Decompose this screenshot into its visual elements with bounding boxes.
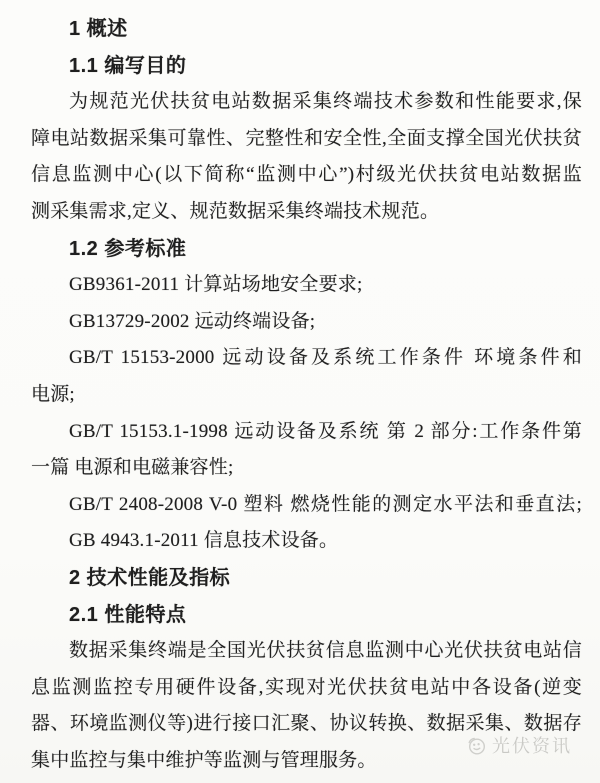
text-line: GB/T 15153-2000 远动设备及系统工作条件 环境条件和 <box>31 340 582 377</box>
document-body: 1 概述1.1 编写目的为规范光伏扶贫电站数据采集终端技术参数和性能要求,保障电… <box>0 11 600 779</box>
text-line: GB13729-2002 远动终端设备; <box>31 304 582 341</box>
section-heading: 2 技术性能及指标 <box>31 560 582 597</box>
document-page: 1 概述1.1 编写目的为规范光伏扶贫电站数据采集终端技术参数和性能要求,保障电… <box>0 0 600 783</box>
text-line: GB/T 2408-2008 V-0 塑料 燃烧性能的测定水平法和垂直法; <box>31 487 582 524</box>
text-line: 息监测监控专用硬件设备,实现对光伏扶贫电站中各设备(逆变 <box>31 670 582 707</box>
section-heading: 1.1 编写目的 <box>31 48 582 85</box>
pv-news-logo-icon <box>466 735 487 756</box>
text-line: 一篇 电源和电磁兼容性; <box>31 450 582 487</box>
section-heading: 1.2 参考标准 <box>31 231 582 268</box>
section-heading: 1 概述 <box>31 11 582 48</box>
text-line: GB/T 15153.1-1998 远动设备及系统 第 2 部分:工作条件第 <box>31 414 582 451</box>
text-line: 信息监测中心(以下简称“监测中心”)村级光伏扶贫电站数据监 <box>31 157 582 194</box>
watermark-label: 光伏资讯 <box>492 732 572 758</box>
text-line: 数据采集终端是全国光伏扶贫信息监测中心光伏扶贫电站信 <box>31 633 582 670</box>
text-line: 为规范光伏扶贫电站数据采集终端技术参数和性能要求,保 <box>31 84 582 121</box>
text-line: GB 4943.1-2011 信息技术设备。 <box>31 523 582 560</box>
text-line: 电源; <box>31 377 582 414</box>
section-heading: 2.1 性能特点 <box>31 597 582 634</box>
watermark: 光伏资讯 <box>466 732 572 758</box>
text-line: GB9361-2011 计算站场地安全要求; <box>31 267 582 304</box>
text-line: 障电站数据采集可靠性、完整性和安全性,全面支撑全国光伏扶贫 <box>31 121 582 158</box>
text-line: 测采集需求,定义、规范数据采集终端技术规范。 <box>31 194 582 231</box>
